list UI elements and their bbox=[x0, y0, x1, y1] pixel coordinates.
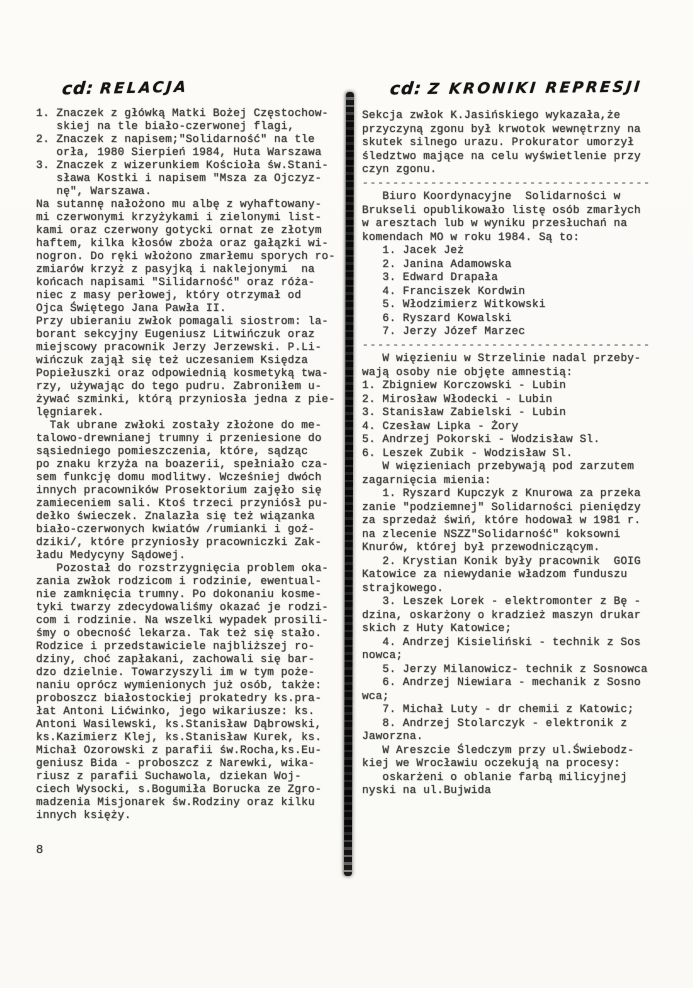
left-column: 1. Znaczek z główką Matki Bożej Częstoch… bbox=[36, 108, 352, 823]
header-title: Z KRONIKI REPRESJI bbox=[427, 78, 643, 98]
paragraph-zarzuty: W więzieniach przebywają pod zarzutem za… bbox=[362, 461, 666, 745]
page-number: 8 bbox=[36, 843, 43, 857]
paragraph-areszt: W Areszcie Śledczym przy ul.Świebodz- ki… bbox=[362, 745, 666, 799]
section-header-kronika-represji: cd:Z KRONIKI REPRESJI bbox=[389, 77, 643, 100]
paragraph-biuro: Biuro Koordynacyjne Solidarności w Bruks… bbox=[362, 191, 666, 340]
paragraph-strzelin: W więzieniu w Strzelinie nadal przeby- w… bbox=[362, 353, 666, 461]
header-title: RELACJA bbox=[99, 78, 189, 98]
paragraph-sekcja: Sekcja zwłok K.Jasińskiego wykazała,że p… bbox=[362, 110, 666, 178]
header-prefix: cd: bbox=[61, 79, 95, 100]
dashed-separator: -------------------------------------- bbox=[362, 178, 666, 192]
paragraph-alba: Na sutannę nałożono mu albę z wyhaftowan… bbox=[36, 199, 352, 316]
paragraph-okazanie: Pozostał do rozstrzygnięcia problem oka-… bbox=[36, 563, 352, 823]
header-prefix: cd: bbox=[389, 79, 423, 99]
paragraph-trumna: Tak ubrane zwłoki zostały złożone do me-… bbox=[36, 420, 352, 563]
section-header-relacja: cd:RELACJA bbox=[61, 77, 189, 100]
paragraph-ubieranie: Przy ubieraniu zwłok pomagali siostrom: … bbox=[36, 316, 352, 420]
scanned-page: cd:RELACJA cd:Z KRONIKI REPRESJI 1. Znac… bbox=[0, 0, 693, 988]
stamp-list: 1. Znaczek z główką Matki Bożej Częstoch… bbox=[36, 108, 352, 199]
right-column: Sekcja zwłok K.Jasińskiego wykazała,że p… bbox=[362, 110, 666, 799]
dashed-separator: -------------------------------------- bbox=[362, 340, 666, 354]
